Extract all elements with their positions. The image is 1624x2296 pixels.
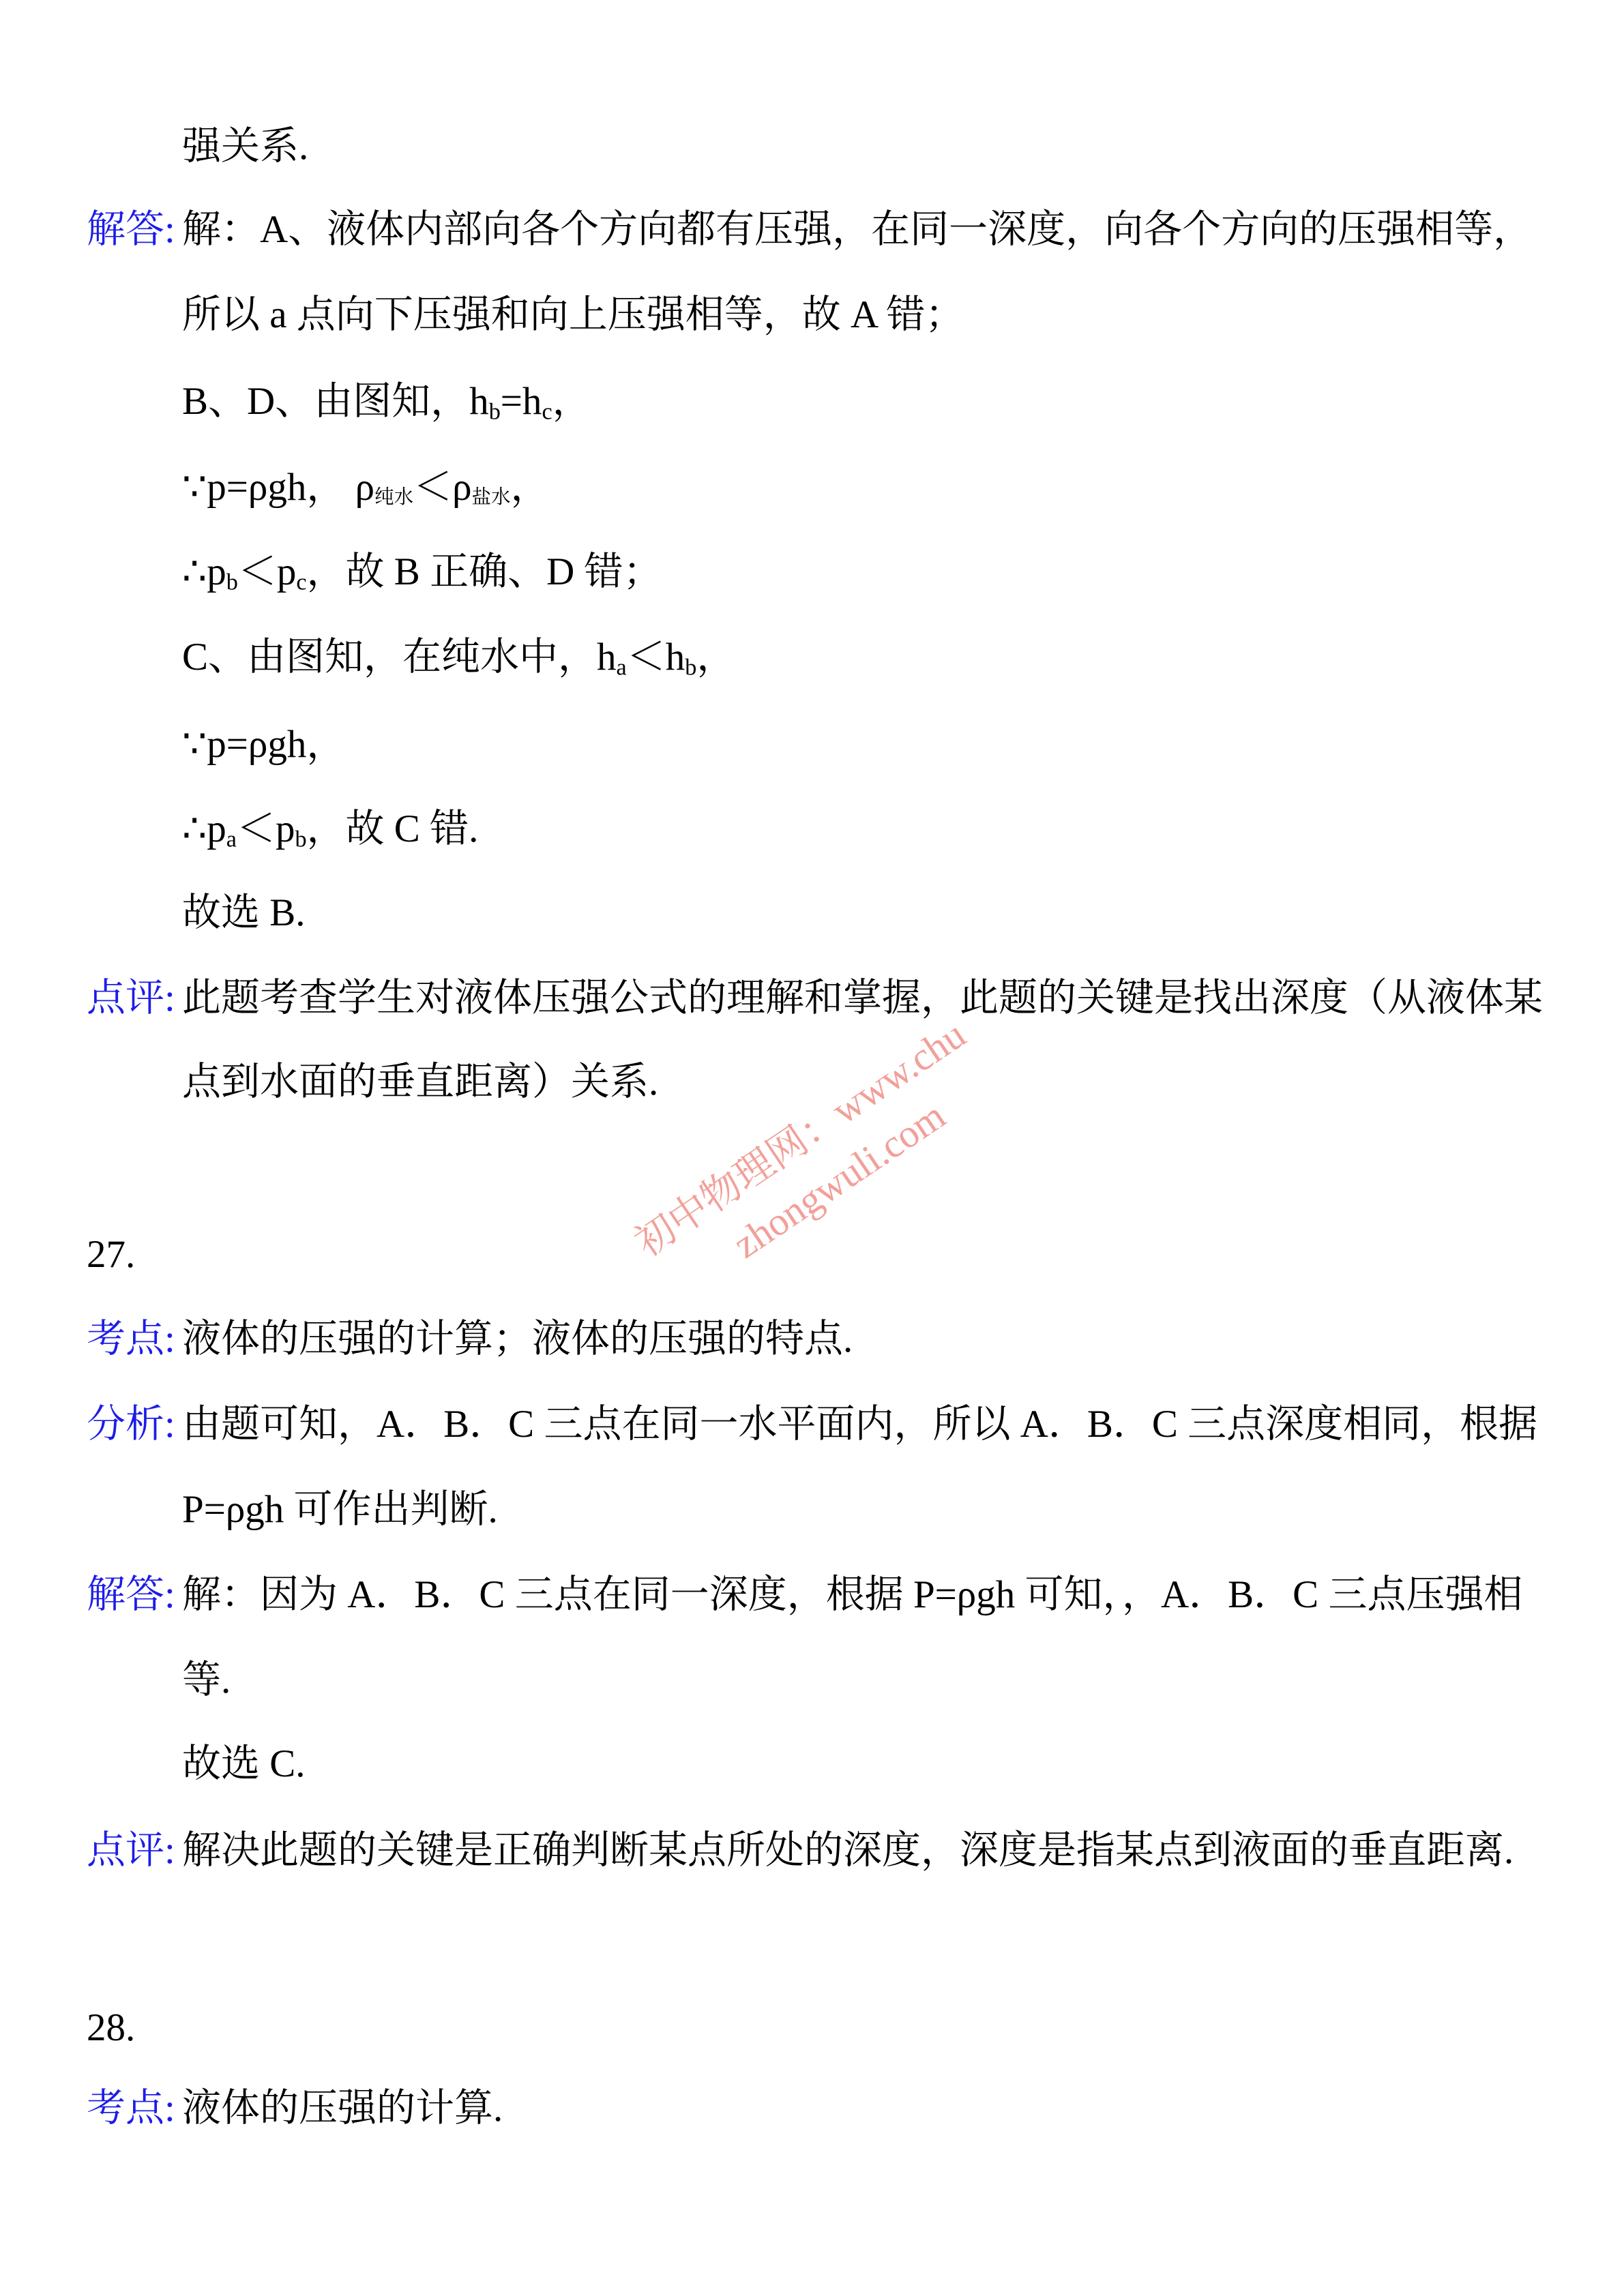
- subscript-text: b: [685, 655, 696, 681]
- q26-jieda-line-2: 所以 a 点向下压强和向上压强相等，故 A 错；: [182, 293, 964, 337]
- body-text: C、由图知，在纯水中，h: [182, 636, 617, 679]
- q27-jieda-line-3: 故选 C.: [182, 1742, 306, 1786]
- section-label: 解答:: [87, 208, 182, 252]
- body-text: ，故 B 正确、D 错；: [307, 550, 662, 593]
- section-label: 解答:: [87, 1573, 182, 1617]
- subscript-text: b: [226, 570, 238, 595]
- body-text: 液体的压强的计算；液体的压强的特点.: [182, 1317, 853, 1360]
- body-text: P=ρgh 可作出判断.: [182, 1488, 498, 1531]
- subscript-text: 纯水: [374, 487, 413, 508]
- q26-jieda-line-4: ∵p=ρgh， ρ纯水＜ρ盐水，: [182, 466, 550, 509]
- body-text: 等.: [182, 1658, 231, 1701]
- body-text: 点到水面的垂直距离）关系.: [182, 1060, 658, 1103]
- q26-jieda-line-8: ∴pa＜pb，故 C 错.: [182, 807, 478, 851]
- body-text: 解：A、液体内部向各个方向都有压强，在同一深度，向各个方向的压强相等，: [182, 208, 1532, 251]
- body-text: ∵p=ρgh， ρ: [182, 466, 374, 509]
- body-text: ∵p=ρgh，: [182, 723, 345, 766]
- body-text: 27.: [87, 1233, 135, 1276]
- q26-jieda-line-7: ∵p=ρgh，: [182, 723, 345, 766]
- q26-dianping-line-1: 点评:此题考查学生对液体压强公式的理解和掌握，此题的关键是找出深度（从液体某: [87, 976, 1543, 1020]
- section-label: 点评:: [87, 1829, 182, 1873]
- subscript-text: b: [489, 400, 501, 425]
- body-text: =h: [501, 380, 542, 423]
- body-text: ＜ρ: [413, 466, 471, 509]
- body-text: ＜h: [627, 636, 685, 679]
- q26-spillover-line: 强关系.: [182, 125, 308, 168]
- body-text: 此题考查学生对液体压强公式的理解和掌握，此题的关键是找出深度（从液体某: [182, 976, 1543, 1019]
- body-text: ∴p: [182, 807, 226, 850]
- q27-fenxi-line-2: P=ρgh 可作出判断.: [182, 1488, 498, 1532]
- body-text: ，故 C 错.: [307, 807, 479, 850]
- body-text: 所以 a 点向下压强和向上压强相等，故 A 错；: [182, 293, 964, 336]
- q26-jieda-line-5: ∴pb＜pc，故 B 正确、D 错；: [182, 550, 662, 594]
- section-label: 分析:: [87, 1403, 182, 1446]
- body-text: ，: [696, 636, 735, 679]
- body-text: ∴p: [182, 550, 226, 593]
- q26-jieda-line-1: 解答:解：A、液体内部向各个方向都有压强，在同一深度，向各个方向的压强相等，: [87, 208, 1532, 252]
- subscript-text: c: [542, 400, 552, 425]
- q27-fenxi-line-1: 分析:由题可知，A．B．C 三点在同一水平面内，所以 A．B．C 三点深度相同，…: [87, 1403, 1537, 1446]
- q26-jieda-line-9: 故选 B.: [182, 891, 306, 935]
- q27-jieda-line-1: 解答:解：因为 A．B．C 三点在同一深度，根据 P=ρgh 可知，，A．B．C…: [87, 1573, 1522, 1617]
- q27-kaodian-line: 考点:液体的压强的计算；液体的压强的特点.: [87, 1317, 853, 1361]
- subscript-text: b: [295, 827, 306, 852]
- section-label: 考点:: [87, 2087, 182, 2130]
- body-text: 解：因为 A．B．C 三点在同一深度，根据 P=ρgh 可知，，A．B．C 三点…: [182, 1573, 1522, 1616]
- body-text: B、D、由图知，h: [182, 380, 489, 423]
- document-page: 初中物理网：www.chu zhongwuli.com 强关系.解答:解：A、液…: [0, 0, 1624, 2296]
- q26-jieda-line-6: C、由图知，在纯水中，ha＜hb，: [182, 636, 735, 679]
- subscript-text: a: [617, 655, 627, 681]
- body-text: 由题可知，A．B．C 三点在同一水平面内，所以 A．B．C 三点深度相同，根据: [182, 1403, 1537, 1446]
- body-text: ，: [552, 380, 591, 423]
- body-text: ，: [511, 466, 550, 509]
- q26-dianping-line-2: 点到水面的垂直距离）关系.: [182, 1060, 658, 1104]
- question-number-27: 27.: [87, 1233, 135, 1277]
- section-label: 考点:: [87, 1317, 182, 1361]
- subscript-text: c: [296, 570, 306, 595]
- subscript-text: a: [226, 827, 237, 852]
- body-text: 液体的压强的计算.: [182, 2087, 503, 2130]
- body-text: 故选 C.: [182, 1742, 306, 1785]
- text-layer: 强关系.解答:解：A、液体内部向各个方向都有压强，在同一深度，向各个方向的压强相…: [0, 0, 1624, 2296]
- q26-jieda-line-3: B、D、由图知，hb=hc，: [182, 380, 591, 423]
- body-text: ＜p: [238, 550, 297, 593]
- body-text: 强关系.: [182, 125, 308, 168]
- body-text: 28.: [87, 2006, 135, 2049]
- q27-dianping-line: 点评:解决此题的关键是正确判断某点所处的深度，深度是指某点到液面的垂直距离.: [87, 1829, 1514, 1873]
- section-label: 点评:: [87, 976, 182, 1020]
- body-text: 故选 B.: [182, 891, 306, 934]
- q27-jieda-line-2: 等.: [182, 1658, 231, 1702]
- body-text: 解决此题的关键是正确判断某点所处的深度，深度是指某点到液面的垂直距离.: [182, 1829, 1514, 1872]
- body-text: ＜p: [237, 807, 295, 850]
- question-number-28: 28.: [87, 2006, 135, 2050]
- subscript-text: 盐水: [472, 487, 511, 508]
- q28-kaodian-line: 考点:液体的压强的计算.: [87, 2087, 503, 2130]
